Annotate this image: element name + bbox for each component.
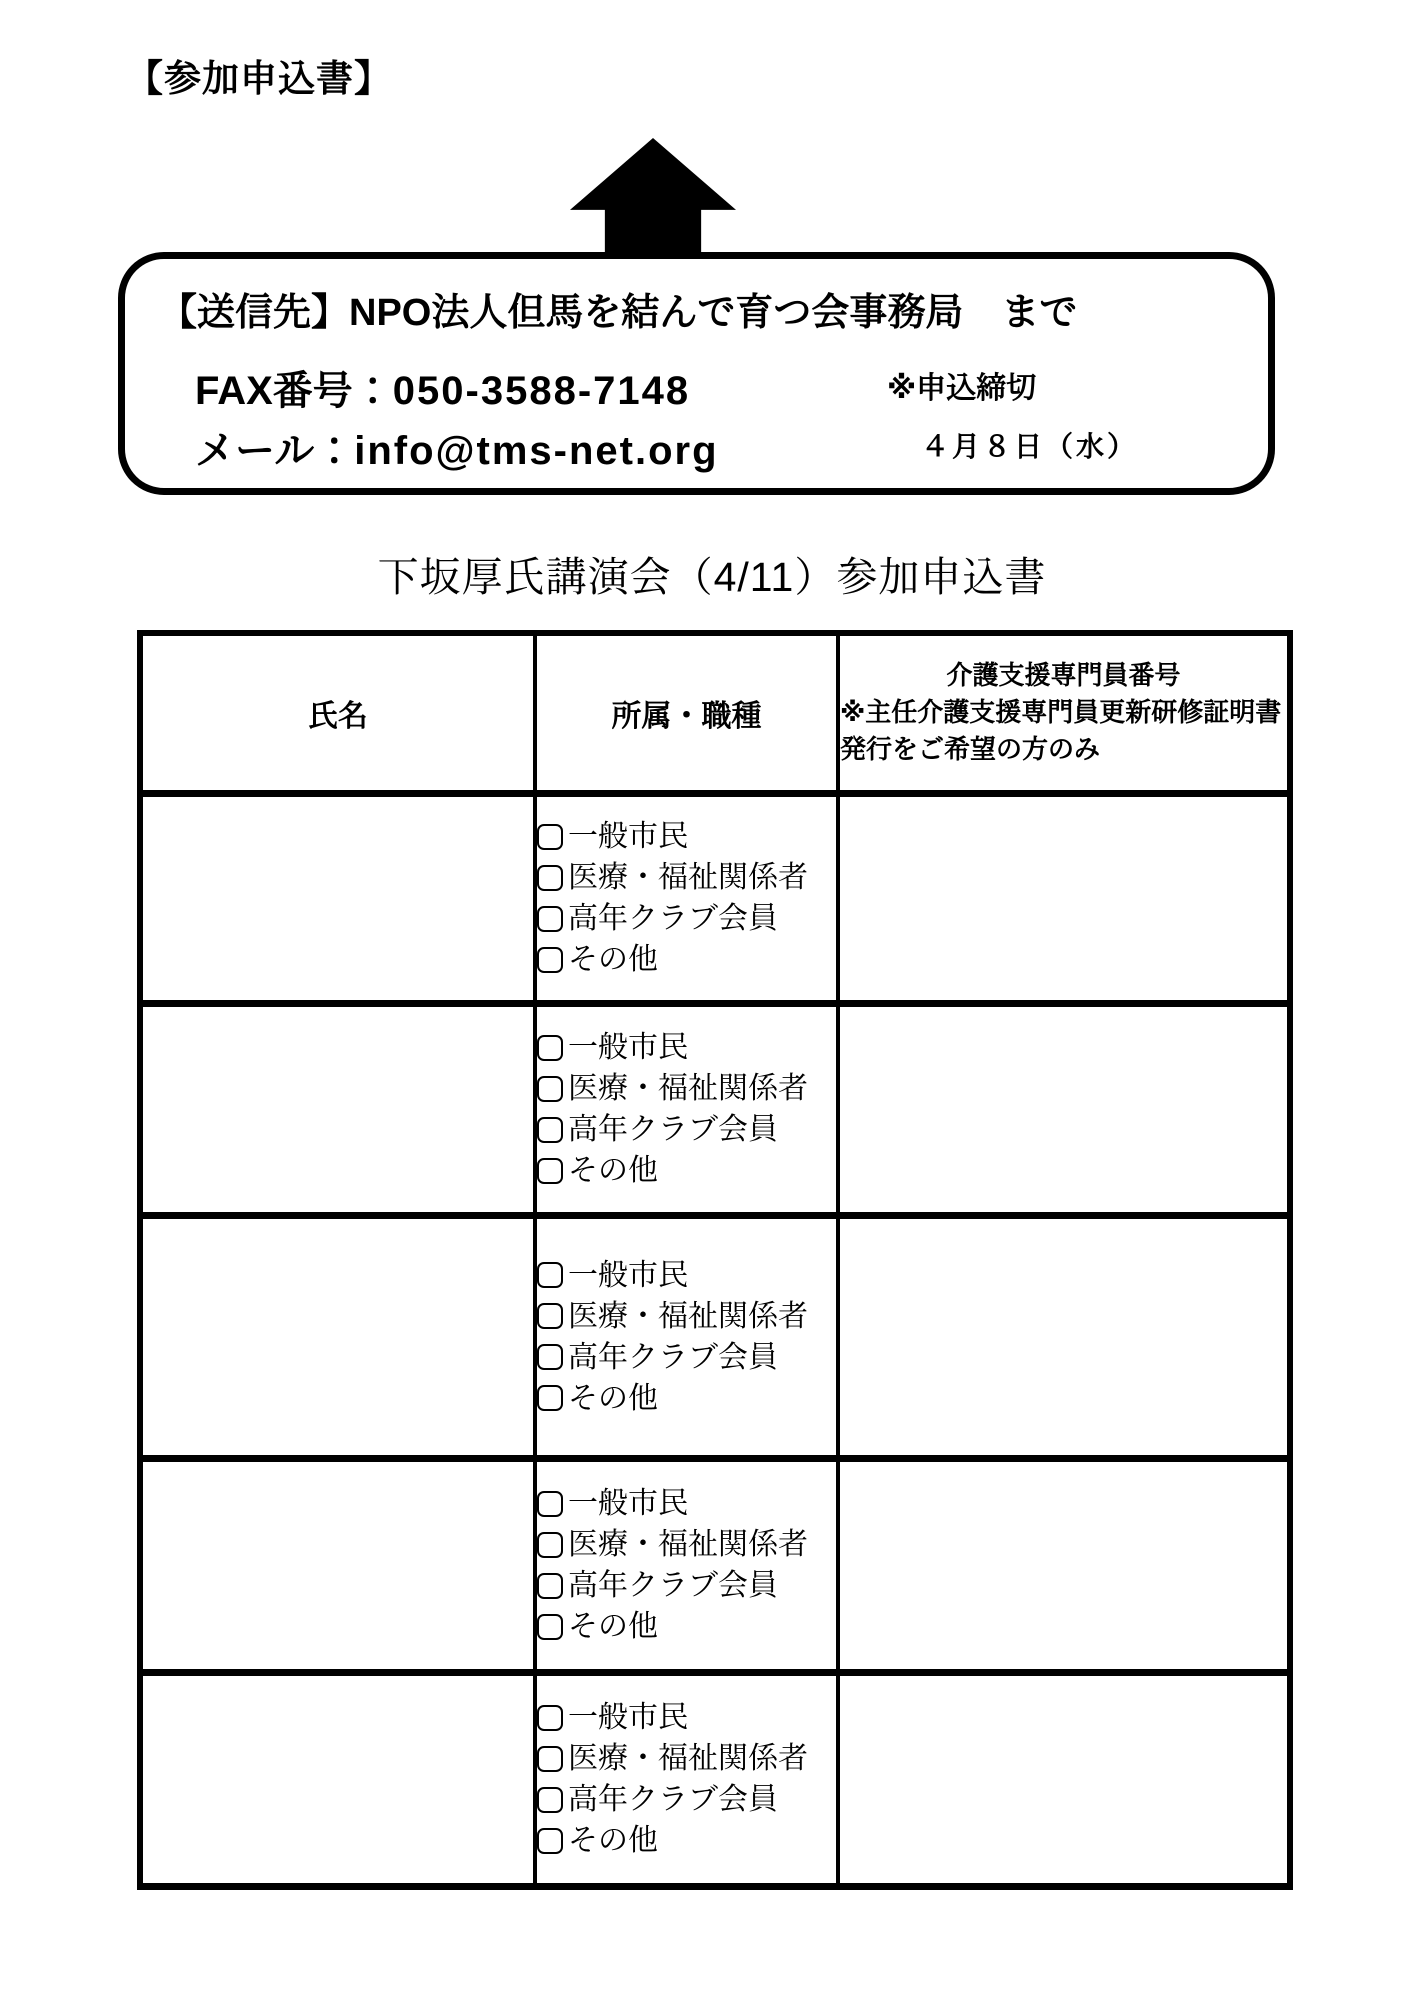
option-label: 一般市民 (568, 1483, 688, 1524)
form-title: 下坂厚氏講演会（4/11）参加申込書 (137, 544, 1287, 603)
fax-number: 050-3588-7148 (393, 369, 690, 413)
option-label: 医療・福祉関係者 (568, 857, 808, 898)
table-row: 一般市民 医療・福祉関係者 高年クラブ会員 その他 (140, 1003, 1290, 1215)
checkbox-icon[interactable] (537, 1614, 563, 1640)
option-other: その他 (537, 1606, 836, 1647)
care-number-input-cell[interactable] (838, 793, 1290, 1003)
table-header-row: 氏名 所属・職種 介護支援専門員番号 ※主任介護支援専門員更新研修証明書発行をご… (140, 633, 1290, 793)
option-other: その他 (537, 1378, 836, 1419)
option-label: 高年クラブ会員 (568, 1565, 778, 1606)
option-general-citizen: 一般市民 (537, 1027, 836, 1068)
option-general-citizen: 一般市民 (537, 1255, 836, 1296)
option-label: その他 (568, 1606, 658, 1647)
care-number-input-cell[interactable] (838, 1215, 1290, 1458)
email-line: メール：info@tms-net.org (195, 419, 719, 476)
checkbox-icon[interactable] (537, 1344, 563, 1370)
deadline-note: ※申込締切 (887, 363, 1138, 407)
application-form-page: 【参加申込書】 【送信先】NPO法人但馬を結んで育つ会事務局 まで FAX番号：… (0, 0, 1414, 2000)
care-number-input-cell[interactable] (838, 1458, 1290, 1672)
arrow-up-icon (570, 138, 736, 254)
option-medical-welfare: 医療・福祉関係者 (537, 1738, 836, 1779)
checkbox-icon[interactable] (537, 1787, 563, 1813)
checkbox-icon[interactable] (537, 1117, 563, 1143)
option-label: その他 (568, 1820, 658, 1861)
care-number-input-cell[interactable] (838, 1003, 1290, 1215)
name-input-cell[interactable] (140, 1458, 535, 1672)
column-header-name: 氏名 (140, 633, 535, 793)
option-label: 一般市民 (568, 816, 688, 857)
option-medical-welfare: 医療・福祉関係者 (537, 857, 836, 898)
option-other: その他 (537, 939, 836, 980)
option-medical-welfare: 医療・福祉関係者 (537, 1296, 836, 1337)
checkbox-icon[interactable] (537, 1158, 563, 1184)
option-medical-welfare: 医療・福祉関係者 (537, 1524, 836, 1565)
checkbox-icon[interactable] (537, 1532, 563, 1558)
option-senior-club: 高年クラブ会員 (537, 898, 836, 939)
fax-line: FAX番号：050-3588-7148 (195, 359, 690, 416)
option-label: 高年クラブ会員 (568, 1779, 778, 1820)
checkbox-icon[interactable] (537, 1076, 563, 1102)
affiliation-options-cell: 一般市民 医療・福祉関係者 高年クラブ会員 その他 (535, 793, 838, 1003)
affiliation-options-cell: 一般市民 医療・福祉関係者 高年クラブ会員 その他 (535, 1215, 838, 1458)
checkbox-icon[interactable] (537, 1573, 563, 1599)
option-medical-welfare: 医療・福祉関係者 (537, 1068, 836, 1109)
column-header-affiliation: 所属・職種 (535, 633, 838, 793)
email-label: メール： (195, 429, 354, 473)
checkbox-icon[interactable] (537, 1705, 563, 1731)
checkbox-icon[interactable] (537, 1035, 563, 1061)
option-other: その他 (537, 1820, 836, 1861)
option-label: 医療・福祉関係者 (568, 1524, 808, 1565)
table-row: 一般市民 医療・福祉関係者 高年クラブ会員 その他 (140, 793, 1290, 1003)
application-table: 氏名 所属・職種 介護支援専門員番号 ※主任介護支援専門員更新研修証明書発行をご… (137, 630, 1293, 1890)
column-header-care-number: 介護支援専門員番号 ※主任介護支援専門員更新研修証明書発行をご希望の方のみ (838, 633, 1290, 793)
option-other: その他 (537, 1150, 836, 1191)
option-label: 高年クラブ会員 (568, 898, 778, 939)
option-senior-club: 高年クラブ会員 (537, 1779, 836, 1820)
option-label: 医療・福祉関係者 (568, 1296, 808, 1337)
option-general-citizen: 一般市民 (537, 816, 836, 857)
affiliation-options-cell: 一般市民 医療・福祉関係者 高年クラブ会員 その他 (535, 1003, 838, 1215)
care-number-note: ※主任介護支援専門員更新研修証明書発行をご希望の方のみ (840, 694, 1287, 768)
affiliation-options-cell: 一般市民 医療・福祉関係者 高年クラブ会員 その他 (535, 1458, 838, 1672)
checkbox-icon[interactable] (537, 824, 563, 850)
checkbox-icon[interactable] (537, 947, 563, 973)
checkbox-icon[interactable] (537, 1746, 563, 1772)
option-label: 高年クラブ会員 (568, 1109, 778, 1150)
care-number-input-cell[interactable] (838, 1672, 1290, 1886)
option-label: 医療・福祉関係者 (568, 1738, 808, 1779)
checkbox-icon[interactable] (537, 906, 563, 932)
name-input-cell[interactable] (140, 793, 535, 1003)
option-label: その他 (568, 1150, 658, 1191)
affiliation-options-cell: 一般市民 医療・福祉関係者 高年クラブ会員 その他 (535, 1672, 838, 1886)
deadline-block: ※申込締切 ４月８日（水） (887, 363, 1138, 465)
option-label: 一般市民 (568, 1255, 688, 1296)
checkbox-icon[interactable] (537, 1262, 563, 1288)
option-general-citizen: 一般市民 (537, 1697, 836, 1738)
option-general-citizen: 一般市民 (537, 1483, 836, 1524)
option-senior-club: 高年クラブ会員 (537, 1337, 836, 1378)
deadline-date: ４月８日（水） (921, 425, 1138, 465)
sender-box: 【送信先】NPO法人但馬を結んで育つ会事務局 まで FAX番号：050-3588… (118, 252, 1275, 495)
email-address: info@tms-net.org (354, 429, 718, 473)
option-label: その他 (568, 939, 658, 980)
name-input-cell[interactable] (140, 1003, 535, 1215)
name-input-cell[interactable] (140, 1672, 535, 1886)
checkbox-icon[interactable] (537, 865, 563, 891)
option-label: 一般市民 (568, 1027, 688, 1068)
form-type-heading: 【参加申込書】 (126, 48, 392, 102)
checkbox-icon[interactable] (537, 1385, 563, 1411)
option-label: 一般市民 (568, 1697, 688, 1738)
care-number-title: 介護支援専門員番号 (840, 657, 1287, 694)
name-input-cell[interactable] (140, 1215, 535, 1458)
option-senior-club: 高年クラブ会員 (537, 1109, 836, 1150)
table-row: 一般市民 医療・福祉関係者 高年クラブ会員 その他 (140, 1672, 1290, 1886)
table-row: 一般市民 医療・福祉関係者 高年クラブ会員 その他 (140, 1215, 1290, 1458)
option-label: その他 (568, 1378, 658, 1419)
option-label: 医療・福祉関係者 (568, 1068, 808, 1109)
fax-label: FAX番号： (195, 369, 393, 413)
checkbox-icon[interactable] (537, 1303, 563, 1329)
checkbox-icon[interactable] (537, 1491, 563, 1517)
recipient-line: 【送信先】NPO法人但馬を結んで育つ会事務局 まで (159, 281, 1077, 336)
option-label: 高年クラブ会員 (568, 1337, 778, 1378)
table-row: 一般市民 医療・福祉関係者 高年クラブ会員 その他 (140, 1458, 1290, 1672)
checkbox-icon[interactable] (537, 1828, 563, 1854)
option-senior-club: 高年クラブ会員 (537, 1565, 836, 1606)
